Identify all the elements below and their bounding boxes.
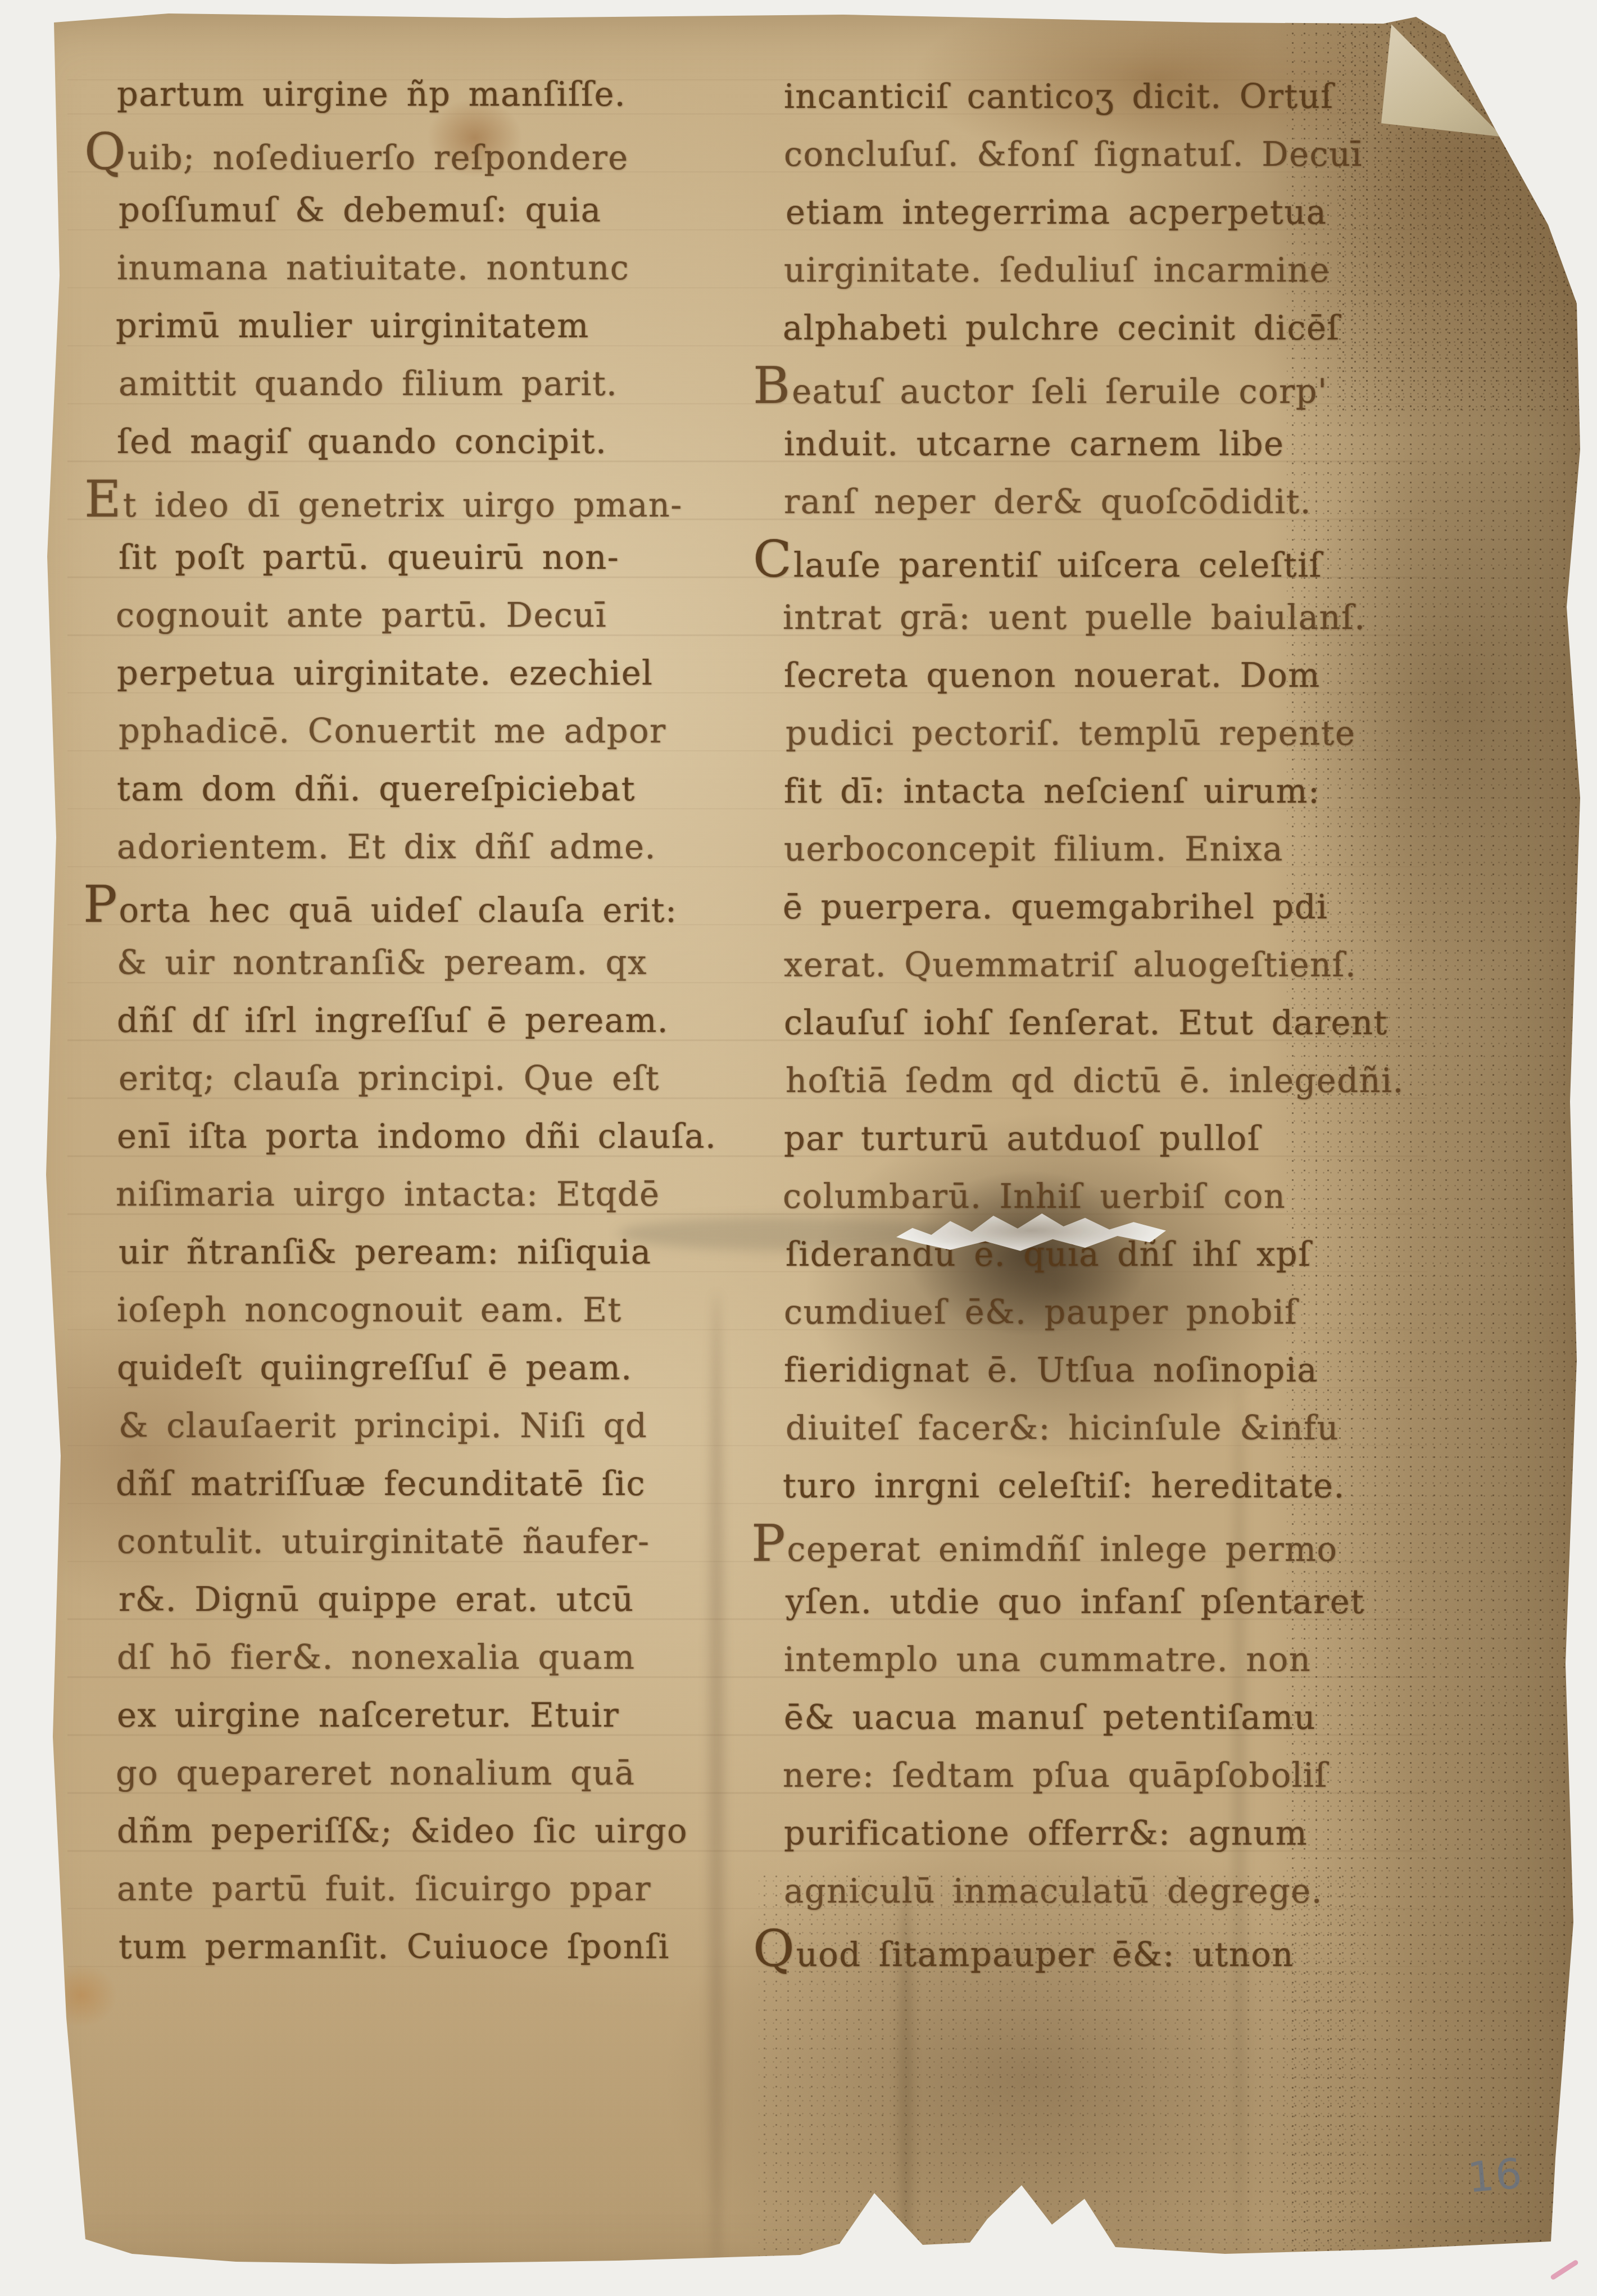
- manuscript-line: alphabeti pulchre cecinit dicēſ: [750, 299, 1401, 357]
- manuscript-line: incanticiſ canticoʒ dicit. Ortuſ: [751, 67, 1403, 125]
- manuscript-line: & clauſaerit principi. Niſi qd: [86, 1397, 718, 1455]
- manuscript-line: enī iſta porta indomo dñi clauſa.: [84, 1107, 716, 1165]
- manuscript-line: induit. utcarne carnem libe: [751, 415, 1403, 473]
- text-column-right: incanticiſ canticoʒ dicit. Ortuſconcluſu…: [751, 67, 1403, 1978]
- manuscript-line: tam dom dñi. quereſpiciebat: [84, 760, 716, 818]
- scanner-bed: partum uirgine ñp manſiſſe.Quib; noſediu…: [0, 0, 1597, 2296]
- manuscript-line: purificatione offerr&: agnum: [751, 1804, 1403, 1862]
- manuscript-line: fit dī: intacta neſcienſ uirum:: [751, 762, 1403, 820]
- manuscript-line: Clauſe parentiſ uiſcera celeſtiſ: [753, 531, 1404, 588]
- manuscript-line: ē& uacua manuſ petentiſamu: [751, 1688, 1403, 1746]
- manuscript-line: Quib; noſediuerſo reſpondere: [84, 123, 716, 181]
- manuscript-line: ſecreta quenon nouerat. Dom: [751, 646, 1403, 704]
- manuscript-line: ranſ neper der& quoſcōdidit.: [751, 473, 1403, 531]
- manuscript-line: pphadicē. Conuertit me adpor: [86, 702, 718, 760]
- manuscript-line: adorientem. Et dix dñſ adme.: [84, 818, 716, 876]
- manuscript-line: ioſeph noncognouit eam. Et: [84, 1281, 716, 1339]
- manuscript-line: r&. Dignū quippe erat. utcū: [86, 1570, 718, 1628]
- manuscript-line: pudici pectoriſ. templū repente: [753, 704, 1404, 762]
- manuscript-line: perpetua uirginitate. ezechiel: [84, 644, 716, 702]
- pink-mark: [1550, 2259, 1579, 2280]
- manuscript-line: amittit quando filium parit.: [86, 355, 718, 413]
- manuscript-line: eritq; clauſa principi. Que eſt: [86, 1049, 718, 1107]
- initial-letter: Q: [84, 123, 128, 182]
- manuscript-line: & uir nontranſi& peream. qx: [84, 934, 716, 991]
- initial-letter: E: [84, 470, 123, 529]
- manuscript-line: dñſ matriſſuæ fecunditatē ſic: [83, 1455, 715, 1512]
- manuscript-line: turo inrgni celeſtiſ: hereditate.: [750, 1457, 1401, 1515]
- manuscript-line: ante partū fuit. ſicuirgo ppar: [84, 1860, 716, 1918]
- manuscript-line: concluſuſ. &fonſ ſignatuſ. Decuī: [751, 125, 1403, 183]
- manuscript-line: intrat grā: uent puelle baiulanſ.: [750, 588, 1401, 646]
- manuscript-line: primū mulier uirginitatem: [83, 297, 715, 355]
- manuscript-line: Porta hec quā uideſ clauſa erit:: [83, 876, 715, 934]
- manuscript-line: etiam integerrima acperpetua: [753, 183, 1404, 241]
- text-column-left: partum uirgine ñp manſiſſe.Quib; noſediu…: [84, 65, 716, 1976]
- manuscript-line: dñſ dſ iſrl ingreſſuſ ē peream.: [84, 991, 716, 1049]
- manuscript-line: contulit. utuirginitatē ñaufer-: [84, 1512, 716, 1570]
- initial-letter: P: [751, 1514, 787, 1573]
- manuscript-line: Pceperat enimdñſ inlege permo: [751, 1515, 1403, 1573]
- manuscript-line: clauſuſ iohſ ſenſerat. Etut darent: [751, 994, 1403, 1052]
- manuscript-line: uirginitate. ſeduliuſ incarmine: [751, 241, 1403, 299]
- manuscript-line: nere: ſedtam pſua quāpſoboliſ: [750, 1746, 1401, 1804]
- parchment-leaf: partum uirgine ñp manſiſſe.Quib; noſediu…: [0, 0, 1597, 2296]
- manuscript-line: ē puerpera. quemgabrihel pdi: [750, 878, 1401, 936]
- initial-letter: Q: [753, 1919, 796, 1978]
- manuscript-line: fieridignat ē. Utſua noſinopia: [751, 1341, 1403, 1399]
- manuscript-line: ſed magiſ quando concipit.: [84, 413, 716, 470]
- initial-letter: C: [753, 530, 793, 589]
- manuscript-line: uir ñtranſi& peream: niſiquia: [86, 1223, 718, 1281]
- manuscript-line: cognouit ante partū. Decuī: [83, 586, 715, 644]
- manuscript-line: uerboconcepit filium. Enixa: [751, 820, 1403, 878]
- manuscript-line: quideſt quiingreſſuſ ē peam.: [84, 1339, 716, 1397]
- manuscript-line: intemplo una cummatre. non: [751, 1631, 1403, 1688]
- manuscript-line: xerat. Quemmatriſ aluogeſtienſ.: [751, 936, 1403, 994]
- manuscript-line: dñm peperiſſ&; &ideo ſic uirgo: [84, 1802, 716, 1860]
- manuscript-line: cumdiueſ ē&. pauper pnobiſ: [751, 1283, 1403, 1341]
- folio-number: 16: [1466, 2149, 1525, 2202]
- manuscript-line: partum uirgine ñp manſiſſe.: [84, 65, 716, 123]
- manuscript-line: diuiteſ facer&: hicinſule &infu: [753, 1399, 1404, 1457]
- manuscript-line: agniculū inmaculatū degrege.: [751, 1862, 1403, 1920]
- manuscript-line: par turturū autduoſ pulloſ: [751, 1109, 1403, 1167]
- manuscript-line: poſſumuſ & debemuſ: quia: [86, 181, 718, 239]
- manuscript-line: niſimaria uirgo intacta: Etqdē: [83, 1165, 715, 1223]
- manuscript-line: ſit poſt partū. queuirū non-: [86, 528, 718, 586]
- manuscript-line: Quod ſitampauper ē&: utnon: [753, 1920, 1404, 1978]
- manuscript-line: tum permanſit. Cuiuoce ſponſi: [86, 1918, 718, 1976]
- manuscript-line: columbarū. Inhiſ uerbiſ con: [750, 1167, 1401, 1225]
- manuscript-line: inumana natiuitate. nontunc: [84, 239, 716, 297]
- manuscript-line: Et ideo dī genetrix uirgo pman-: [84, 470, 716, 528]
- initial-letter: P: [83, 875, 119, 934]
- manuscript-line: dſ hō fier&. nonexalia quam: [84, 1628, 716, 1686]
- initial-letter: B: [753, 356, 792, 415]
- manuscript-line: go quepareret nonalium quā: [83, 1744, 715, 1802]
- manuscript-line: Beatuſ auctor ſeli ſeruile corp': [753, 357, 1404, 415]
- manuscript-line: yſen. utdie quo infanſ pſentaret: [753, 1573, 1404, 1631]
- manuscript-line: ex uirgine naſceretur. Etuir: [84, 1686, 716, 1744]
- manuscript-line: hoſtiā ſedm qd dictū ē. inlegedñi.: [753, 1052, 1404, 1109]
